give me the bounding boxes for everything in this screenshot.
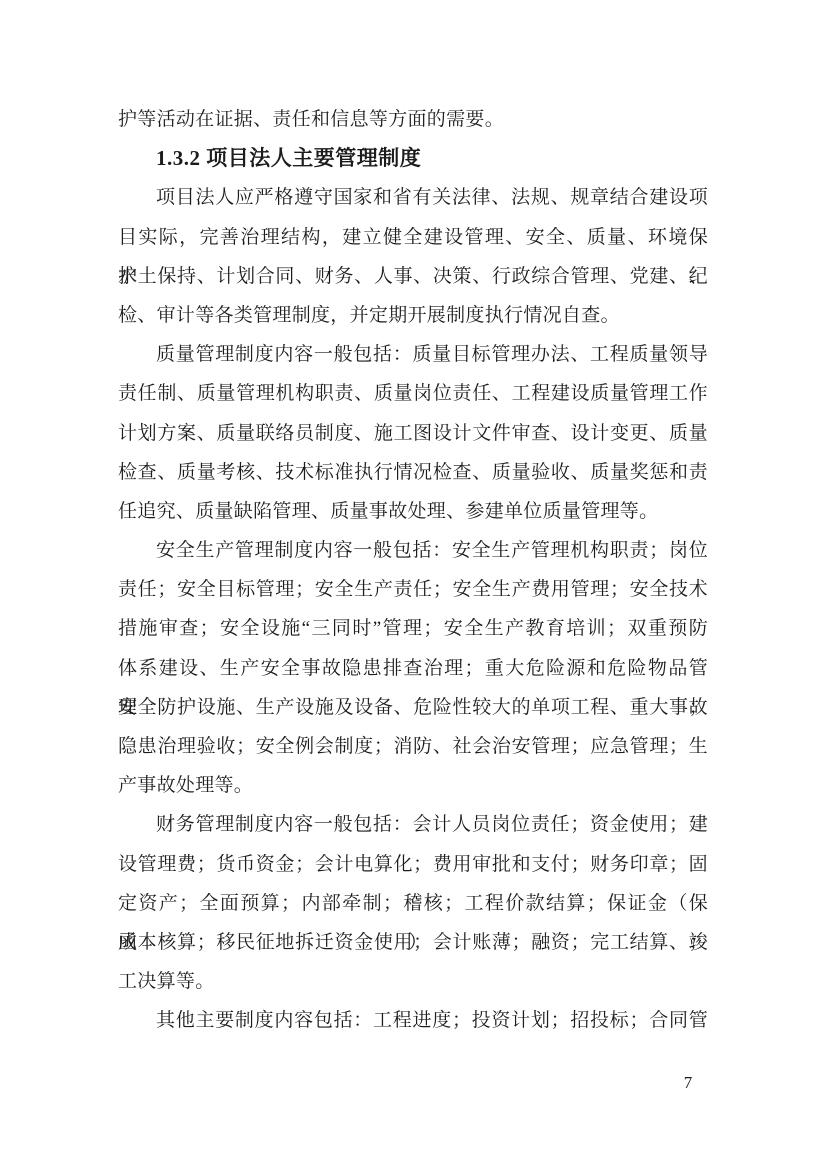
- text-line: 检、审计等各类管理制度，并定期开展制度执行情况自查。: [118, 296, 708, 335]
- text-line: 任追究、质量缺陷管理、质量事故处理、参建单位质量管理等。: [118, 492, 708, 531]
- text-line: 定资产；全面预算；内部牵制；稽核；工程价款结算；保证金（保函）；: [118, 884, 708, 923]
- text-line: 财务管理制度内容一般包括：会计人员岗位责任；资金使用；建: [118, 805, 708, 844]
- text-line: 计划方案、质量联络员制度、施工图设计文件审查、设计变更、质量: [118, 414, 708, 453]
- text-line: 水土保持、计划合同、财务、人事、决策、行政综合管理、党建、纪: [118, 257, 708, 296]
- text-line: 工决算等。: [118, 962, 708, 1001]
- text-line: 体系建设、生产安全事故隐患排查治理；重大危险源和危险物品管理；: [118, 649, 708, 688]
- text-line: 成本核算；移民征地拆迁资金使用；会计账薄；融资；完工结算、竣: [118, 923, 708, 962]
- text-line: 产事故处理等。: [118, 766, 708, 805]
- text-line: 检查、质量考核、技术标准执行情况检查、质量验收、质量奖惩和责: [118, 453, 708, 492]
- text-line: 目实际，完善治理结构，建立健全建设管理、安全、质量、环境保护、: [118, 218, 708, 257]
- text-line: 隐患治理验收；安全例会制度；消防、社会治安管理；应急管理；生: [118, 727, 708, 766]
- text-line: 其他主要制度内容包括：工程进度；投资计划；招投标；合同管: [118, 1001, 708, 1040]
- text-line: 安全生产管理制度内容一般包括：安全生产管理机构职责；岗位: [118, 531, 708, 570]
- text-line: 措施审查；安全设施“三同时”管理；安全生产教育培训；双重预防: [118, 609, 708, 648]
- text-line: 质量管理制度内容一般包括：质量目标管理办法、工程质量领导: [118, 335, 708, 374]
- text-block: 护等活动在证据、责任和信息等方面的需要。1.3.2 项目法人主要管理制度项目法人…: [118, 100, 708, 1041]
- document-page: 护等活动在证据、责任和信息等方面的需要。1.3.2 项目法人主要管理制度项目法人…: [0, 0, 826, 1169]
- text-line: 护等活动在证据、责任和信息等方面的需要。: [118, 100, 708, 139]
- text-line: 项目法人应严格遵守国家和省有关法律、法规、规章结合建设项: [118, 178, 708, 217]
- text-line: 责任；安全目标管理；安全生产责任；安全生产费用管理；安全技术: [118, 570, 708, 609]
- page-number: 7: [676, 1070, 700, 1096]
- text-line: 设管理费；货币资金；会计电算化；费用审批和支付；财务印章；固: [118, 845, 708, 884]
- text-line: 安全防护设施、生产设施及设备、危险性较大的单项工程、重大事故: [118, 688, 708, 727]
- text-line: 责任制、质量管理机构职责、质量岗位责任、工程建设质量管理工作: [118, 374, 708, 413]
- section-heading: 1.3.2 项目法人主要管理制度: [118, 139, 708, 178]
